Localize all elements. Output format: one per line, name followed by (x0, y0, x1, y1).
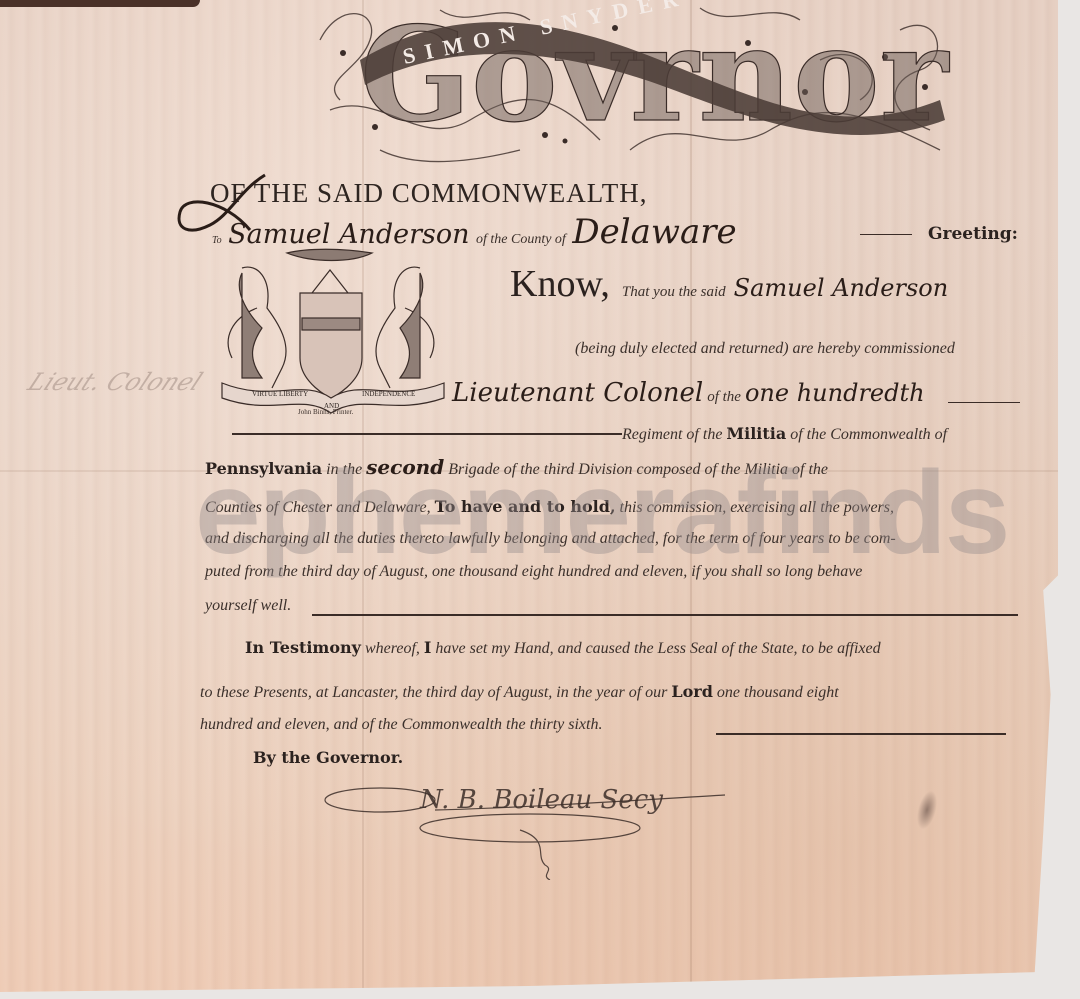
regiment-number: one hundredth (745, 379, 925, 407)
motto-left: VIRTUE LIBERTY (252, 390, 308, 398)
fill-line (716, 733, 1006, 735)
fill-line (860, 234, 912, 235)
signature-text: N. B. Boileau Secy (419, 785, 663, 815)
header-banner: Gov rnor SIMON SNYDER (300, 0, 960, 170)
secretary-signature: N. B. Boileau Secy (320, 770, 740, 880)
county-label: of the County of (476, 232, 566, 247)
rank: Lieutenant Colonel (452, 378, 703, 408)
by-the-governor: By the Governor. (253, 748, 403, 767)
of-the-label: of the (707, 389, 741, 405)
pennsylvania-coat-of-arms: VIRTUE LIBERTY AND INDEPENDENCE John Bin… (212, 248, 450, 418)
recipient-name-repeat: Samuel Anderson (734, 274, 949, 302)
top-edge-mark (0, 0, 200, 7)
fill-line (312, 614, 1018, 616)
county-name: Delaware (572, 212, 736, 252)
body-line-1: Regiment of the Militia of the Commonwea… (622, 424, 947, 444)
printer-credit: John Binns, Printer. (298, 408, 353, 416)
fill-line (232, 433, 622, 435)
rank-line: Lieutenant Colonel of the one hundredth (452, 378, 925, 408)
coat-of-arms-icon: VIRTUE LIBERTY AND INDEPENDENCE (212, 248, 450, 418)
calligraphic-flourish-icon: Gov rnor (300, 0, 960, 175)
fill-line (948, 402, 1020, 403)
know-line: Know, That you the said Samuel Anderson (510, 262, 948, 306)
address-line: To Samuel Anderson of the County of Dela… (212, 212, 737, 252)
to-label: To (212, 235, 222, 246)
body-line-6: yourself well. (205, 597, 291, 615)
bleedthrough-text: Lieut. Colonel (23, 368, 207, 396)
greeting: Greeting: (928, 224, 1018, 244)
watermark: ephemerafinds (195, 445, 1008, 581)
testimony-line-1: In Testimony whereof, I have set my Hand… (245, 638, 881, 658)
svg-text:INDEPENDENCE: INDEPENDENCE (362, 390, 415, 398)
testimony-line-3: hundred and eleven, and of the Commonwea… (200, 716, 602, 734)
recipient-name: Samuel Anderson (228, 219, 469, 250)
testimony-line-2: to these Presents, at Lancaster, the thi… (200, 682, 839, 702)
know-word: Know, (510, 263, 610, 305)
that-label: That you the said (622, 284, 726, 300)
signature-flourish-icon: N. B. Boileau Secy (320, 770, 740, 880)
elected-line: (being duly elected and returned) are he… (575, 340, 955, 358)
